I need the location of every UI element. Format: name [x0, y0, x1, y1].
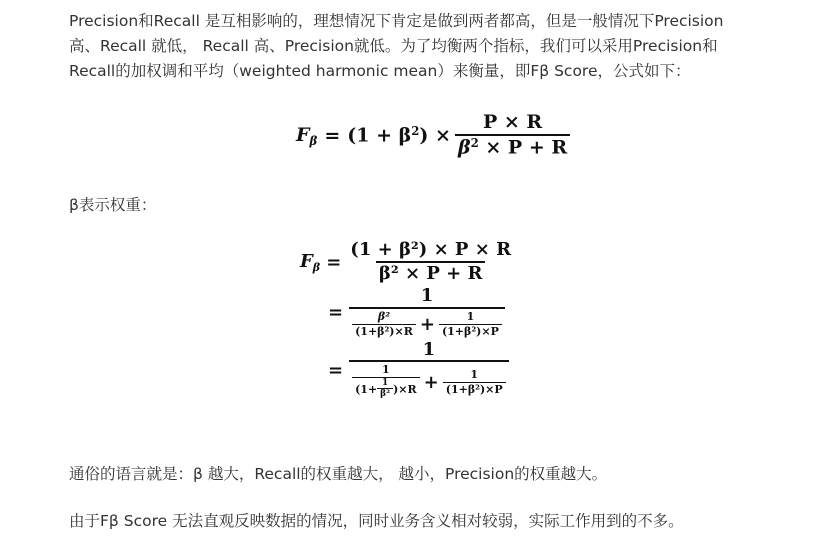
derivation-line-1: Fβ = (1 + β²) × P × R β² × P + R: [300, 240, 514, 284]
formula-fraction: P × R β2 × P + R: [455, 112, 570, 159]
intro-line-3: Recall的加权调和平均（weighted harmonic mean）来衡量…: [69, 59, 724, 84]
fbeta-formula: Fβ = (1 + β2) × P × R β2 × P + R: [296, 112, 570, 159]
plain-explanation: 通俗的语言就是：β 越大，Recall的权重越大， 越小，Precision的权…: [69, 462, 607, 487]
formula-coefficient: (1 + β2) ×: [347, 124, 451, 146]
conclusion: 由于Fβ Score 无法直观反映数据的情况，同时业务含义相对较弱，实际工作用到…: [69, 509, 684, 534]
formula-lhs: Fβ: [296, 124, 317, 148]
intro-line-1: Precision和Recall 是互相影响的，理想情况下肯定是做到两者都高，但…: [69, 9, 724, 34]
derivation-line-2: = 1 β² (1+β²)×R + 1 (1+β²)×P: [328, 286, 514, 338]
intro-line-2: 高、Recall 就低， Recall 高、Precision就低。为了均衡两个…: [69, 34, 724, 59]
derivation-line-3: = 1 1 (1+ 1β² )×R + 1 (1+β²)×P: [328, 340, 514, 400]
fbeta-derivation: Fβ = (1 + β²) × P × R β² × P + R = 1 β² …: [300, 240, 514, 400]
intro-paragraph: Precision和Recall 是互相影响的，理想情况下肯定是做到两者都高，但…: [69, 9, 724, 84]
equals-sign: =: [324, 125, 340, 147]
beta-label: β表示权重：: [69, 193, 156, 218]
